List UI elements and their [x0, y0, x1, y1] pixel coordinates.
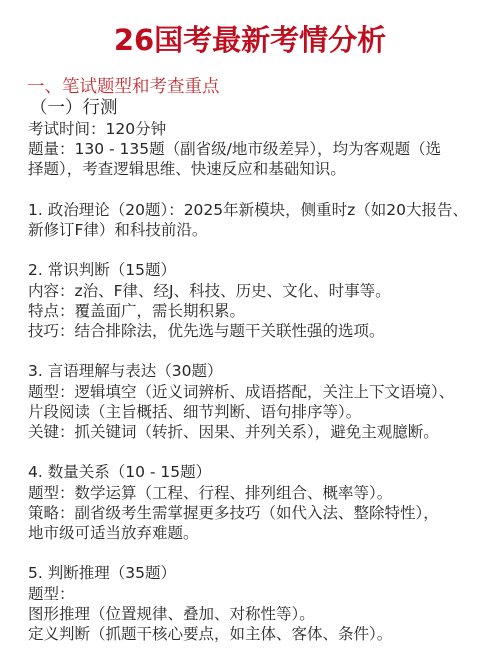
subsection-heading: （一）行测 — [30, 98, 498, 119]
module-reasoning: 5. 判断推理（35题） 题型： 图形推理（位置规律、叠加、对称性等）。 定义判… — [28, 563, 498, 644]
module-line: 图形推理（位置规律、叠加、对称性等）。 — [28, 604, 498, 624]
module-quantitative: 4. 数量关系（10 - 15题） 题型：数学运算（工程、行程、排列组合、概率等… — [28, 462, 498, 543]
module-line: 内容：z治、F律、经J、科技、历史、文化、时事等。 — [28, 281, 498, 301]
module-title: 4. 数量关系（10 - 15题） — [28, 462, 498, 482]
module-line: 新修订F律）和科技前沿。 — [28, 220, 498, 240]
module-line: 关键：抓关键词（转折、因果、并列关系），避免主观臆断。 — [28, 422, 498, 442]
module-line: 题型：逻辑填空（近义词辨析、成语搭配，关注上下文语境）、 — [28, 382, 498, 402]
module-line: 题型：数学运算（工程、行程、排列组合、概率等）。 — [28, 483, 498, 503]
exam-time-text: 考试时间：120分钟 — [28, 119, 498, 139]
spacer — [28, 240, 498, 260]
question-count-text: 题量：130 - 135题（副省级/地市级差异），均为客观题（选 — [28, 139, 498, 159]
module-common-sense: 2. 常识判断（15题） 内容：z治、F律、经J、科技、历史、文化、时事等。 特… — [28, 260, 498, 341]
module-line: 特点：覆盖面广，需长期积累。 — [28, 301, 498, 321]
document-body: 一、笔试题型和考查重点 （一）行测 考试时间：120分钟 题量：130 - 13… — [28, 76, 498, 644]
module-line: 片段阅读（主旨概括、细节判断、语句排序等）。 — [28, 402, 498, 422]
module-title: 2. 常识判断（15题） — [28, 260, 498, 280]
module-line: 地市级可适当放弃难题。 — [28, 523, 498, 543]
spacer — [28, 180, 498, 200]
page-title: 26国考最新考情分析 — [0, 22, 500, 58]
module-politics: 1. 政治理论（20题）：2025年新模块，侧重时z（如20大报告、 新修订F律… — [28, 200, 498, 240]
module-verbal: 3. 言语理解与表达（30题） 题型：逻辑填空（近义词辨析、成语搭配，关注上下文… — [28, 361, 498, 442]
spacer — [28, 442, 498, 462]
spacer — [28, 543, 498, 563]
module-title: 5. 判断推理（35题） — [28, 563, 498, 583]
intro-block: 考试时间：120分钟 题量：130 - 135题（副省级/地市级差异），均为客观… — [28, 119, 498, 180]
module-line: 定义判断（抓题干核心要点，如主体、客体、条件）。 — [28, 624, 498, 644]
spacer — [28, 341, 498, 361]
module-line: 策略：副省级考生需掌握更多技巧（如代入法、整除特性）， — [28, 503, 498, 523]
section-heading: 一、笔试题型和考查重点 — [27, 76, 498, 98]
module-line: 技巧：结合排除法，优先选与题干关联性强的选项。 — [28, 321, 498, 341]
module-title: 3. 言语理解与表达（30题） — [28, 361, 498, 381]
module-line: 题型： — [28, 584, 498, 604]
module-title: 1. 政治理论（20题）：2025年新模块，侧重时z（如20大报告、 — [28, 200, 498, 220]
question-count-text-cont: 择题），考查逻辑思维、快速反应和基础知识。 — [28, 159, 498, 179]
